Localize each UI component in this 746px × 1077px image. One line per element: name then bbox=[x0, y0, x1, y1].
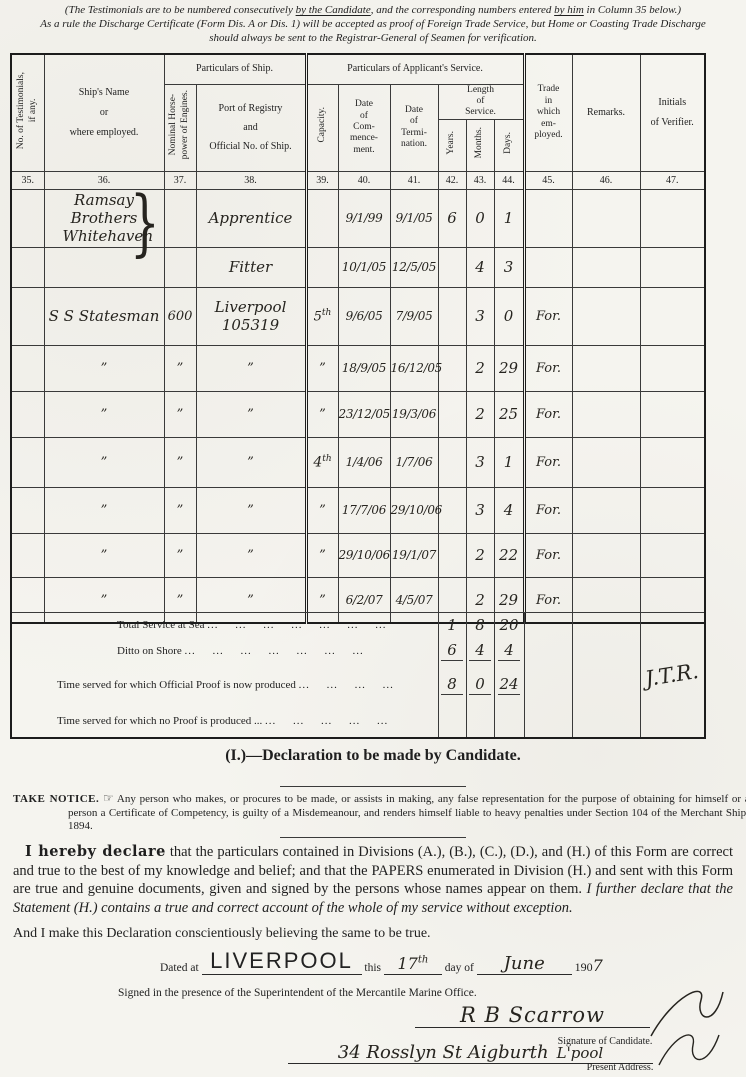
testimonial-no-cell bbox=[11, 287, 44, 345]
verifier-cell bbox=[640, 437, 705, 487]
top-notes: (The Testimonials are to be numbered con… bbox=[0, 3, 746, 45]
testimonial-no-cell bbox=[11, 437, 44, 487]
days-cell: 4 bbox=[494, 487, 524, 533]
port-cell: Fitter bbox=[196, 247, 306, 287]
years-total: 6 bbox=[441, 641, 462, 661]
remarks-cell bbox=[572, 247, 640, 287]
trade-value: For. bbox=[536, 455, 561, 470]
col-number: 41. bbox=[390, 171, 438, 189]
days-value: 22 bbox=[499, 546, 518, 564]
testimonial-no-cell bbox=[11, 345, 44, 391]
brace-mark: } bbox=[130, 186, 160, 258]
remarks-cell bbox=[572, 391, 640, 437]
months-value: 2 bbox=[475, 546, 485, 564]
col-number: 46. bbox=[572, 171, 640, 189]
verifier-cell bbox=[640, 533, 705, 577]
place-blank: LIVERPOOL bbox=[202, 948, 362, 975]
capacity-label: Capacity. bbox=[317, 107, 329, 143]
service-record-table: No. of Testimonials, if any. Ship's Name… bbox=[10, 53, 706, 624]
months-value: 0 bbox=[475, 209, 485, 227]
take-notice-body: Any person who makes, or procures to be … bbox=[68, 793, 746, 832]
days-cell: 1 bbox=[494, 437, 524, 487]
verifier-cell bbox=[640, 391, 705, 437]
dated-line: Dated at LIVERPOOL this 17th day of June… bbox=[160, 948, 603, 975]
col-number: 44. bbox=[494, 171, 524, 189]
termination-cell: 16/12/05 bbox=[390, 345, 438, 391]
days-total-cell: 4 bbox=[494, 638, 524, 665]
col-number: 45. bbox=[524, 171, 572, 189]
capacity-cell: ” bbox=[306, 533, 338, 577]
ditto-mark: ” bbox=[247, 361, 254, 376]
remarks-cell bbox=[572, 613, 640, 638]
totals-table: Total Service at Sea ... ... ... ... ...… bbox=[10, 612, 706, 739]
years-cell bbox=[438, 287, 466, 345]
ship-name-handwriting: S S Statesman bbox=[49, 307, 160, 325]
commencement-date: 9/1/99 bbox=[346, 211, 383, 225]
termination-date: 19/3/06 bbox=[392, 407, 436, 421]
signature-line: R B Scarrow bbox=[415, 1003, 650, 1028]
termination-cell: 19/3/06 bbox=[390, 391, 438, 437]
note-underlined-candidate: by the Candidate bbox=[296, 4, 371, 16]
ship-cell: ” bbox=[44, 437, 164, 487]
days-cell: 0 bbox=[494, 287, 524, 345]
years-total-cell: 1 bbox=[438, 613, 466, 638]
termination-date: 1/7/06 bbox=[396, 455, 433, 469]
length-of-service-header: Length of Service. bbox=[438, 84, 524, 119]
termination-date: 4/5/07 bbox=[396, 593, 433, 607]
testimonial-no-cell bbox=[11, 247, 44, 287]
remarks-cell bbox=[572, 189, 640, 247]
ditto-mark: ” bbox=[319, 548, 326, 563]
port-cell: ” bbox=[196, 437, 306, 487]
particulars-of-ship-header: Particulars of Ship. bbox=[164, 54, 306, 84]
days-value: 29 bbox=[499, 359, 518, 377]
capacity-cell bbox=[306, 189, 338, 247]
totals-label-cell: Total Service at Sea ... ... ... ... ...… bbox=[11, 613, 438, 638]
ditto-mark: ” bbox=[247, 593, 254, 608]
years-header: Years. bbox=[438, 119, 466, 171]
remarks-cell bbox=[572, 705, 640, 738]
capacity-header: Capacity. bbox=[306, 84, 338, 171]
days-cell: 29 bbox=[494, 345, 524, 391]
take-notice-paragraph: TAKE NOTICE. ☞ Any person who makes, or … bbox=[13, 792, 746, 834]
verifier-initials-cell: J.T.R. bbox=[640, 613, 705, 738]
ditto-mark: ” bbox=[101, 593, 108, 608]
port-cell: Liverpool 105319 bbox=[196, 287, 306, 345]
discharge-note-line1: As a rule the Discharge Certificate (For… bbox=[0, 17, 746, 31]
port-handwriting: Liverpool 105319 bbox=[215, 298, 287, 334]
termination-cell: 7/9/05 bbox=[390, 287, 438, 345]
termination-date: 29/10/06 bbox=[391, 503, 443, 517]
ditto-mark: ” bbox=[101, 455, 108, 470]
years-cell bbox=[438, 345, 466, 391]
capacity-suffix: th bbox=[322, 308, 331, 318]
months-cell: 3 bbox=[466, 487, 494, 533]
conscientious-line: And I make this Declaration conscientiou… bbox=[13, 926, 431, 942]
testimonials-note: (The Testimonials are to be numbered con… bbox=[0, 3, 746, 17]
years-cell bbox=[438, 247, 466, 287]
dot-leaders: ... ... ... ... ... ... ... bbox=[207, 619, 386, 631]
discharge-note-line2: should always be sent to the Registrar-G… bbox=[0, 31, 746, 45]
years-cell bbox=[438, 437, 466, 487]
termination-cell: 1/7/06 bbox=[390, 437, 438, 487]
particulars-of-service-header: Particulars of Applicant's Service. bbox=[306, 54, 524, 84]
col-number: 39. bbox=[306, 171, 338, 189]
hp-cell: 600 bbox=[164, 287, 196, 345]
this-label: this bbox=[364, 962, 381, 974]
commencement-date: 9/6/05 bbox=[346, 309, 383, 323]
totals-row: Ditto on Shore ... ... ... ... ... ... .… bbox=[11, 638, 705, 665]
totals-label-cell: Time served for which no Proof is produc… bbox=[11, 705, 438, 738]
years-cell bbox=[438, 533, 466, 577]
ship-cell: Ramsay Brothers Whitehaven} bbox=[44, 189, 164, 247]
days-cell: 25 bbox=[494, 391, 524, 437]
hp-cell: ” bbox=[164, 487, 196, 533]
take-notice-lead: TAKE NOTICE. bbox=[13, 793, 99, 805]
ditto-mark: ” bbox=[247, 407, 254, 422]
days-header: Days. bbox=[494, 119, 524, 171]
years-cell bbox=[438, 487, 466, 533]
days-total: 4 bbox=[498, 641, 521, 661]
remarks-cell bbox=[572, 287, 640, 345]
commencement-cell: 17/7/06 bbox=[338, 487, 390, 533]
months-value: 2 bbox=[475, 359, 485, 377]
day-blank: 17th bbox=[384, 954, 442, 975]
verifier-initials-header: Initials of Verifier. bbox=[640, 54, 705, 171]
commencement-cell: 23/12/05 bbox=[338, 391, 390, 437]
capacity-suffix: th bbox=[322, 454, 331, 464]
capacity-cell: ” bbox=[306, 391, 338, 437]
port-cell: Apprentice bbox=[196, 189, 306, 247]
ship-cell: ” bbox=[44, 391, 164, 437]
remarks-cell bbox=[572, 487, 640, 533]
hp-cell: ” bbox=[164, 391, 196, 437]
service-row: ” ” ” ” 29/10/06 19/1/07 2 22 For. bbox=[11, 533, 705, 577]
dot-leaders: ... ... ... ... ... bbox=[265, 715, 388, 727]
address-handwriting: 34 Rosslyn St Aigburth bbox=[338, 1042, 549, 1063]
trade-cell: For. bbox=[524, 345, 572, 391]
col-number: 40. bbox=[338, 171, 390, 189]
days-value: 1 bbox=[504, 453, 514, 471]
years-total: 1 bbox=[447, 616, 457, 634]
dot-leaders: ... ... ... ... bbox=[299, 679, 394, 691]
port-cell: ” bbox=[196, 391, 306, 437]
trade-value: For. bbox=[536, 593, 561, 608]
trade-cell bbox=[524, 613, 572, 638]
commencement-cell: 29/10/06 bbox=[338, 533, 390, 577]
commencement-date: 10/1/05 bbox=[342, 260, 386, 274]
years-total-cell: 8 bbox=[438, 665, 466, 705]
ship-cell: ” bbox=[44, 345, 164, 391]
ditto-mark: ” bbox=[247, 503, 254, 518]
port-cell: ” bbox=[196, 487, 306, 533]
capacity-cell bbox=[306, 247, 338, 287]
address-city-handwriting: L'pool bbox=[557, 1044, 604, 1062]
day-suffix: th bbox=[418, 955, 428, 966]
port-of-registry-header: Port of Registry and Official No. of Shi… bbox=[196, 84, 306, 171]
totals-row: Total Service at Sea ... ... ... ... ...… bbox=[11, 613, 705, 638]
ditto-mark: ” bbox=[101, 503, 108, 518]
days-value: 4 bbox=[504, 501, 514, 519]
days-total: 24 bbox=[498, 675, 521, 695]
days-value: 25 bbox=[499, 405, 518, 423]
note-text: in Column 35 below.) bbox=[584, 4, 681, 16]
trade-value: For. bbox=[536, 503, 561, 518]
months-cell: 2 bbox=[466, 345, 494, 391]
testimonial-no-cell bbox=[11, 533, 44, 577]
declare-lead: I hereby declare bbox=[25, 843, 166, 860]
capacity-value: 4 bbox=[313, 454, 322, 470]
candidate-signature-handwriting: R B Scarrow bbox=[460, 1003, 605, 1027]
hp-cell: ” bbox=[164, 437, 196, 487]
days-value: 29 bbox=[499, 591, 518, 609]
year-handwriting: 7 bbox=[593, 956, 603, 975]
termination-header: Date of Termi- nation. bbox=[390, 84, 438, 171]
days-cell: 3 bbox=[494, 247, 524, 287]
trade-value: For. bbox=[536, 309, 561, 324]
horsepower-header: Nominal Horse- power of Engines. bbox=[164, 84, 196, 171]
totals-label: Time served for which Official Proof is … bbox=[57, 679, 296, 691]
verifier-cell bbox=[640, 345, 705, 391]
termination-cell: 19/1/07 bbox=[390, 533, 438, 577]
address-line: 34 Rosslyn St Aigburth L'pool bbox=[288, 1042, 653, 1064]
col-number: 38. bbox=[196, 171, 306, 189]
port-cell: ” bbox=[196, 345, 306, 391]
ditto-mark: ” bbox=[101, 407, 108, 422]
port-handwriting: Fitter bbox=[229, 258, 272, 276]
days-value: 0 bbox=[504, 307, 514, 325]
commencement-cell: 9/1/99 bbox=[338, 189, 390, 247]
commencement-date: 18/9/05 bbox=[342, 361, 386, 375]
ditto-mark: ” bbox=[319, 407, 326, 422]
port-cell: ” bbox=[196, 533, 306, 577]
col-number: 35. bbox=[11, 171, 44, 189]
days-total-cell: 20 bbox=[494, 613, 524, 638]
ditto-mark: ” bbox=[177, 503, 184, 518]
trade-cell bbox=[524, 638, 572, 665]
ditto-mark: ” bbox=[319, 593, 326, 608]
testimonial-no-cell bbox=[11, 487, 44, 533]
commencement-cell: 9/6/05 bbox=[338, 287, 390, 345]
hp-cell bbox=[164, 189, 196, 247]
commencement-cell: 1/4/06 bbox=[338, 437, 390, 487]
days-value: 3 bbox=[504, 258, 514, 276]
capacity-cell: 5th bbox=[306, 287, 338, 345]
days-total: 20 bbox=[499, 616, 518, 634]
commencement-date: 6/2/07 bbox=[346, 593, 383, 607]
dated-at-label: Dated at bbox=[160, 962, 199, 974]
service-row: S S Statesman 600 Liverpool 105319 5th 9… bbox=[11, 287, 705, 345]
months-value: 2 bbox=[475, 405, 485, 423]
hp-handwriting: 600 bbox=[168, 309, 193, 324]
testimonial-no-label: No. of Testimonials, if any. bbox=[16, 72, 40, 149]
document-page: (The Testimonials are to be numbered con… bbox=[0, 0, 746, 1077]
ditto-mark: ” bbox=[177, 361, 184, 376]
dot-leaders: ... ... ... ... ... ... ... bbox=[185, 645, 364, 657]
months-value: 3 bbox=[475, 307, 485, 325]
months-total-cell: 4 bbox=[466, 638, 494, 665]
trade-cell bbox=[524, 247, 572, 287]
years-label: Years. bbox=[446, 131, 458, 155]
months-header: Months. bbox=[466, 119, 494, 171]
termination-date: 16/12/05 bbox=[391, 361, 443, 375]
months-total: 0 bbox=[469, 675, 490, 695]
commencement-cell: 10/1/05 bbox=[338, 247, 390, 287]
trade-header: Trade in which em- ployed. bbox=[524, 54, 572, 171]
totals-label-cell: Time served for which Official Proof is … bbox=[11, 665, 438, 705]
years-value: 6 bbox=[447, 209, 457, 227]
termination-cell: 29/10/06 bbox=[390, 487, 438, 533]
totals-row: Time served for which no Proof is produc… bbox=[11, 705, 705, 738]
days-value: 1 bbox=[504, 209, 514, 227]
present-address-label: Present Address. bbox=[555, 1062, 685, 1073]
months-total-cell: 8 bbox=[466, 613, 494, 638]
months-cell: 4 bbox=[466, 247, 494, 287]
months-total-cell bbox=[466, 705, 494, 738]
trade-value: For. bbox=[536, 548, 561, 563]
verifier-initials-handwriting: J.T.R. bbox=[644, 659, 701, 691]
col-number: 47. bbox=[640, 171, 705, 189]
year-printed: 190 bbox=[575, 960, 593, 974]
divider-rule bbox=[280, 786, 466, 787]
service-row: ” ” ” 4th 1/4/06 1/7/06 3 1 For. bbox=[11, 437, 705, 487]
port-handwriting: Apprentice bbox=[209, 209, 293, 227]
verifier-cell bbox=[640, 487, 705, 533]
months-total-cell: 0 bbox=[466, 665, 494, 705]
ditto-mark: ” bbox=[177, 455, 184, 470]
months-value: 4 bbox=[475, 258, 485, 276]
months-total: 4 bbox=[469, 641, 490, 661]
horsepower-label: Nominal Horse- power of Engines. bbox=[168, 90, 192, 159]
months-value: 2 bbox=[475, 591, 485, 609]
months-cell: 2 bbox=[466, 533, 494, 577]
remarks-cell bbox=[572, 533, 640, 577]
commencement-date: 23/12/05 bbox=[339, 407, 391, 421]
hp-cell: ” bbox=[164, 345, 196, 391]
declaration-heading: (I.)—Declaration to be made by Candidate… bbox=[0, 747, 746, 765]
verifier-cell bbox=[640, 247, 705, 287]
declaration-paragraph: I hereby declare that the particulars co… bbox=[13, 843, 733, 917]
capacity-value: 5 bbox=[314, 309, 322, 324]
ditto-mark: ” bbox=[319, 503, 326, 518]
totals-label: Ditto on Shore bbox=[117, 645, 182, 657]
ship-name-header: Ship's Name or where employed. bbox=[44, 54, 164, 171]
ditto-mark: ” bbox=[247, 548, 254, 563]
months-cell: 3 bbox=[466, 287, 494, 345]
trade-cell bbox=[524, 665, 572, 705]
month-blank: June bbox=[477, 953, 572, 975]
days-label: Days. bbox=[503, 132, 515, 154]
note-text: , and the corresponding numbers entered bbox=[371, 4, 554, 16]
days-cell: 1 bbox=[494, 189, 524, 247]
totals-label: Time served for which no Proof is produc… bbox=[57, 715, 262, 727]
months-value: 3 bbox=[475, 501, 485, 519]
trade-value: For. bbox=[536, 361, 561, 376]
remarks-cell bbox=[572, 345, 640, 391]
remarks-header: Remarks. bbox=[572, 54, 640, 171]
col-number: 37. bbox=[164, 171, 196, 189]
ditto-mark: ” bbox=[319, 361, 326, 376]
years-total-cell: 6 bbox=[438, 638, 466, 665]
termination-date: 9/1/05 bbox=[396, 211, 433, 225]
testimonial-no-cell bbox=[11, 391, 44, 437]
ship-cell: ” bbox=[44, 533, 164, 577]
remarks-cell bbox=[572, 638, 640, 665]
trade-cell bbox=[524, 705, 572, 738]
service-row: ” ” ” ” 18/9/05 16/12/05 2 29 For. bbox=[11, 345, 705, 391]
termination-date: 7/9/05 bbox=[396, 309, 433, 323]
trade-cell: For. bbox=[524, 437, 572, 487]
ditto-mark: ” bbox=[101, 361, 108, 376]
months-cell: 3 bbox=[466, 437, 494, 487]
hp-cell bbox=[164, 247, 196, 287]
remarks-cell bbox=[572, 437, 640, 487]
days-total-cell: 24 bbox=[494, 665, 524, 705]
totals-row: Time served for which Official Proof is … bbox=[11, 665, 705, 705]
day-of-label: day of bbox=[445, 962, 474, 974]
commencement-date: 17/7/06 bbox=[342, 503, 386, 517]
totals-label: Total Service at Sea bbox=[117, 619, 205, 631]
witness-line: Signed in the presence of the Superinten… bbox=[118, 987, 477, 999]
termination-cell: 9/1/05 bbox=[390, 189, 438, 247]
trade-cell bbox=[524, 189, 572, 247]
col-number: 43. bbox=[466, 171, 494, 189]
capacity-cell: 4th bbox=[306, 437, 338, 487]
ship-cell: S S Statesman bbox=[44, 287, 164, 345]
day-handwriting: 17 bbox=[397, 954, 417, 973]
remarks-cell bbox=[572, 665, 640, 705]
days-cell: 22 bbox=[494, 533, 524, 577]
liverpool-stamp: LIVERPOOL bbox=[210, 948, 353, 973]
verifier-cell bbox=[640, 287, 705, 345]
termination-cell: 12/5/05 bbox=[390, 247, 438, 287]
commencement-header: Date of Com- mence- ment. bbox=[338, 84, 390, 171]
service-row: Fitter 10/1/05 12/5/05 4 3 bbox=[11, 247, 705, 287]
months-cell: 0 bbox=[466, 189, 494, 247]
group-header-row: No. of Testimonials, if any. Ship's Name… bbox=[11, 54, 705, 84]
years-total: 8 bbox=[441, 675, 462, 695]
years-total-cell bbox=[438, 705, 466, 738]
testimonial-no-header: No. of Testimonials, if any. bbox=[11, 54, 44, 171]
note-text: (The Testimonials are to be numbered con… bbox=[65, 4, 296, 16]
service-row: Ramsay Brothers Whitehaven} Apprentice 9… bbox=[11, 189, 705, 247]
ditto-mark: ” bbox=[177, 407, 184, 422]
months-value: 3 bbox=[475, 453, 485, 471]
totals-label-cell: Ditto on Shore ... ... ... ... ... ... .… bbox=[11, 638, 438, 665]
service-row: ” ” ” ” 23/12/05 19/3/06 2 25 For. bbox=[11, 391, 705, 437]
trade-value: For. bbox=[536, 407, 561, 422]
trade-cell: For. bbox=[524, 391, 572, 437]
ditto-mark: ” bbox=[101, 548, 108, 563]
trade-cell: For. bbox=[524, 533, 572, 577]
capacity-cell: ” bbox=[306, 487, 338, 533]
years-cell: 6 bbox=[438, 189, 466, 247]
note-underlined-him: by him bbox=[554, 4, 584, 16]
divider-rule bbox=[280, 837, 466, 838]
ditto-mark: ” bbox=[247, 455, 254, 470]
months-total: 8 bbox=[475, 616, 485, 634]
capacity-cell: ” bbox=[306, 345, 338, 391]
months-label: Months. bbox=[474, 127, 486, 158]
trade-cell: For. bbox=[524, 487, 572, 533]
verifier-cell bbox=[640, 189, 705, 247]
ditto-mark: ” bbox=[177, 593, 184, 608]
column-numbers-row: 35. 36. 37. 38. 39. 40. 41. 42. 43. 44. … bbox=[11, 171, 705, 189]
hp-cell: ” bbox=[164, 533, 196, 577]
month-handwriting: June bbox=[504, 953, 545, 974]
commencement-date: 1/4/06 bbox=[346, 455, 383, 469]
manicule-icon: ☞ bbox=[103, 791, 114, 805]
